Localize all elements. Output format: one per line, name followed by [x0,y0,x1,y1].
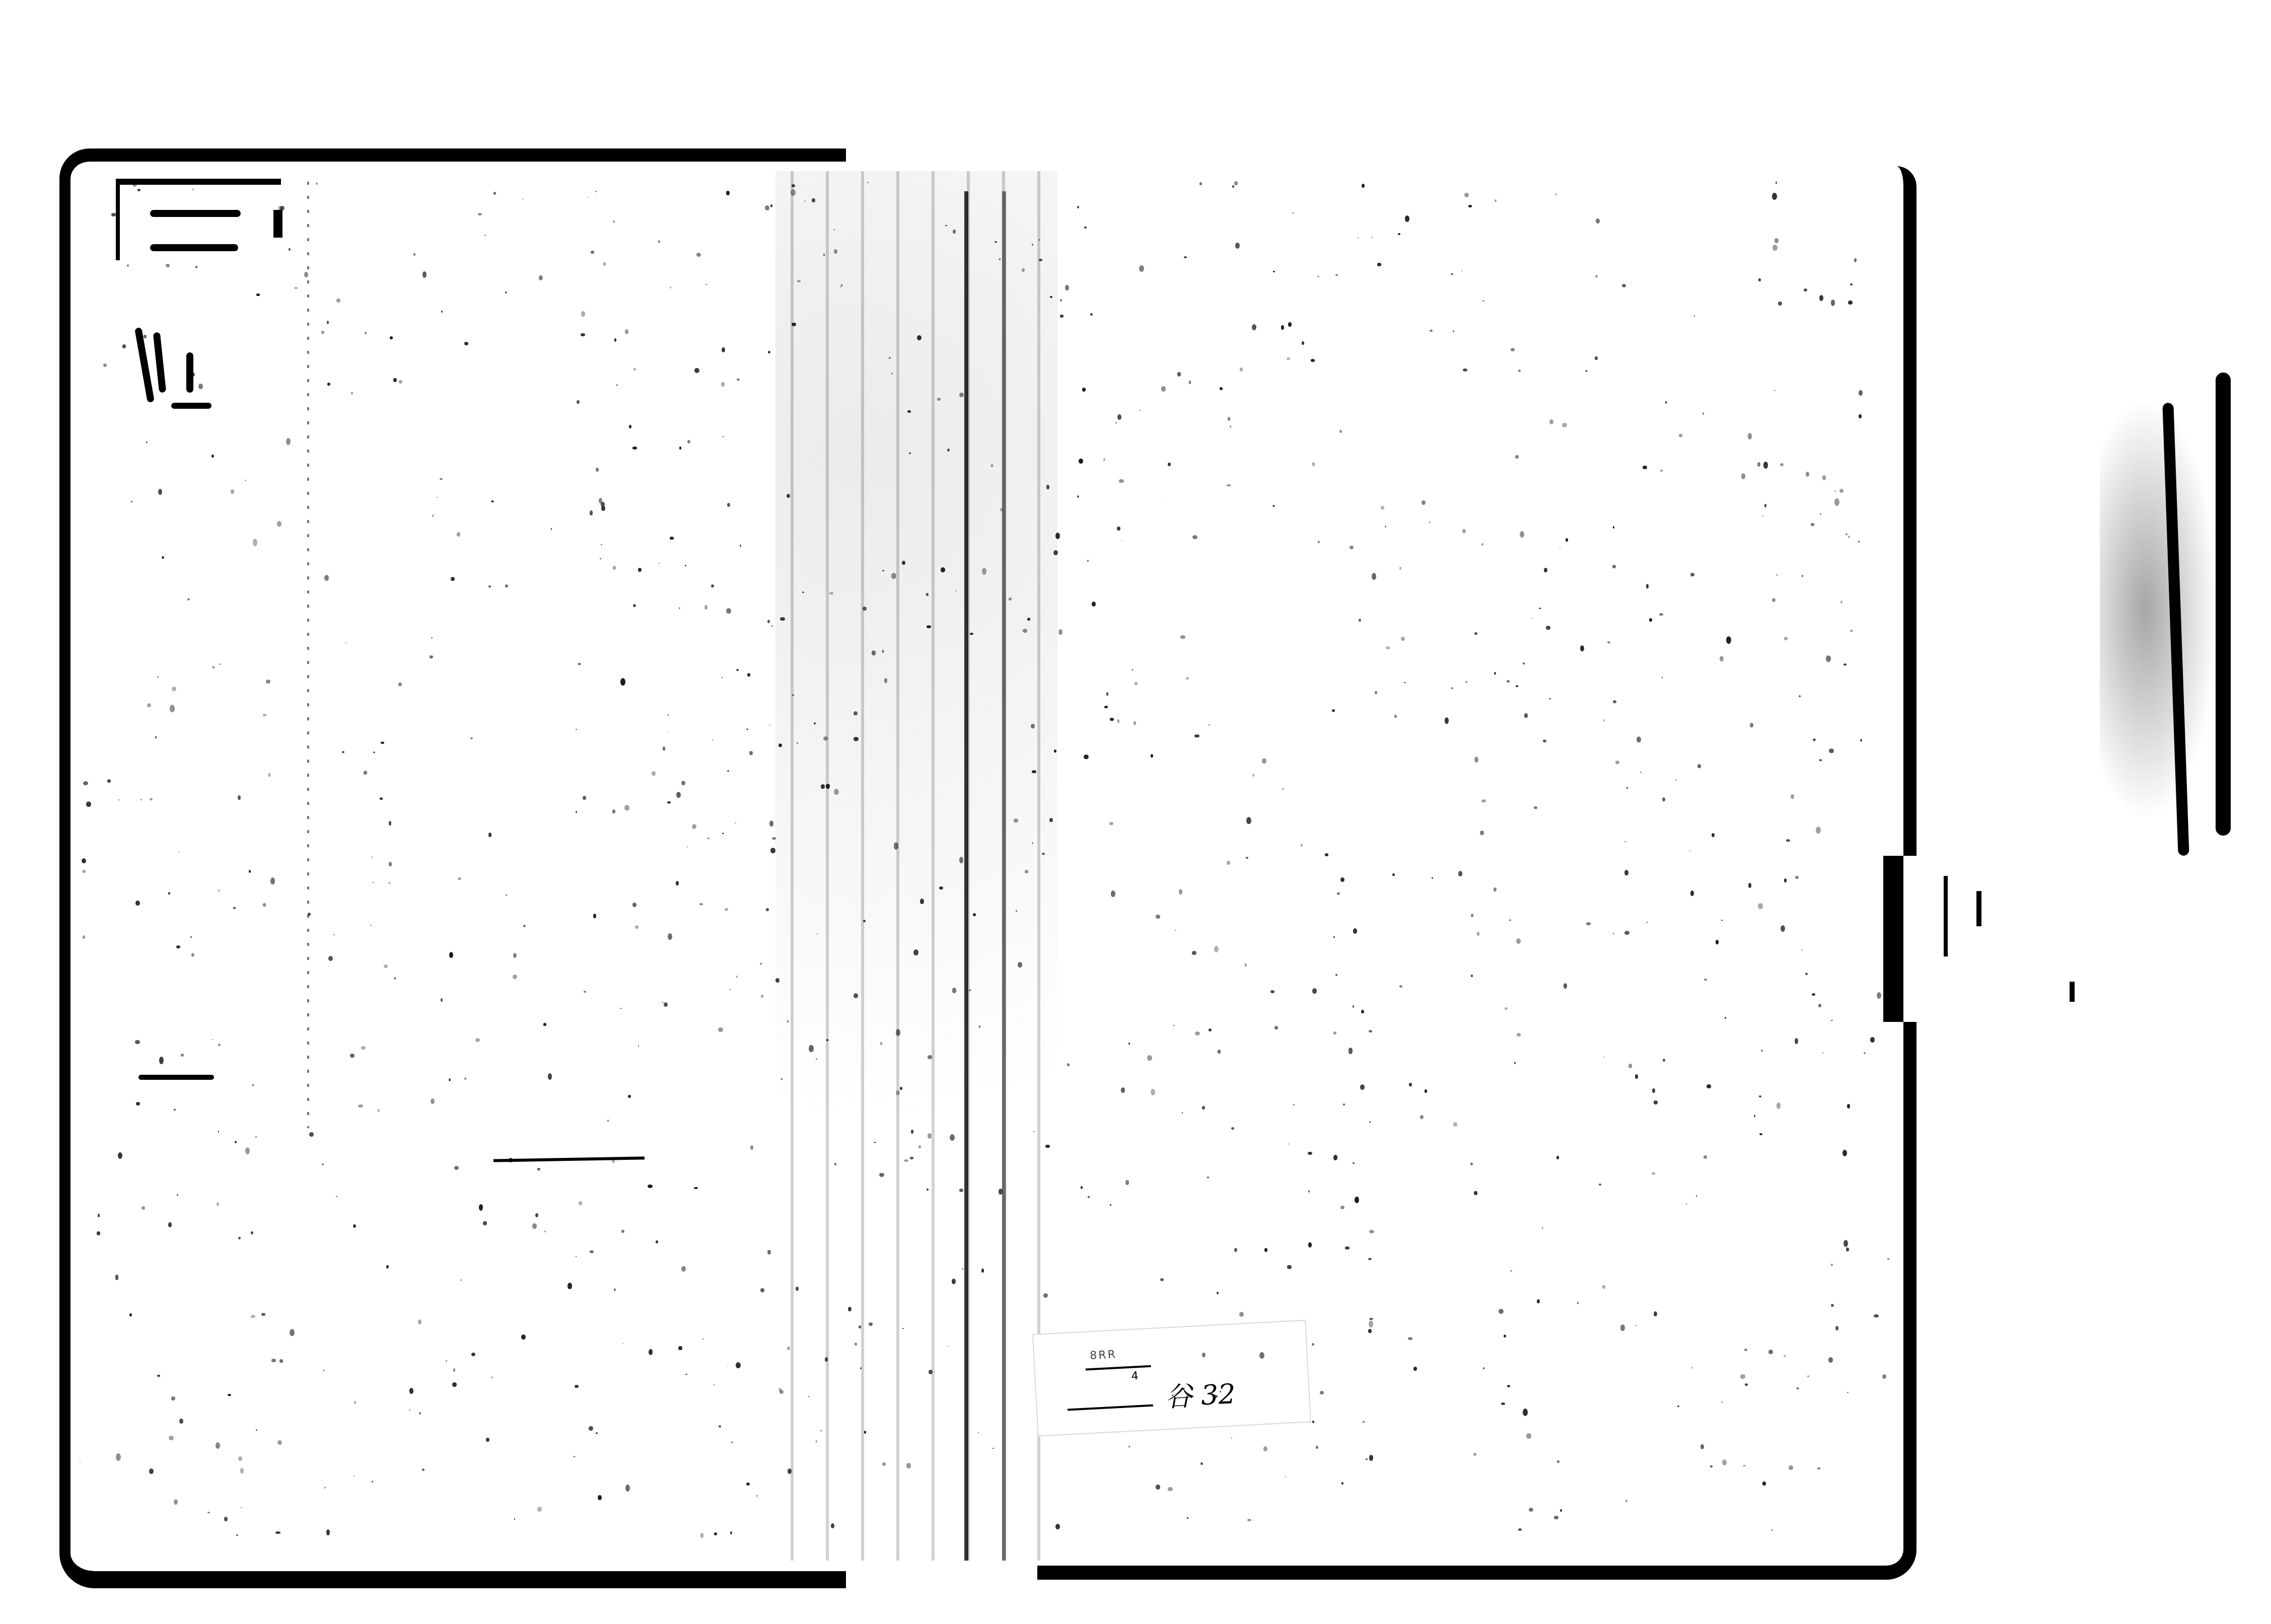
volume-edge-line [2216,373,2231,836]
book-spine [775,171,1057,1561]
spine-fold-line [1002,191,1006,1561]
watermark-knockout [1883,856,2095,1022]
left-cover [59,149,846,1588]
catalogue-label: 8RR 4 谷 32 [1032,1320,1311,1437]
label-code: 8RR [1090,1348,1117,1362]
title-bar-top [150,210,241,217]
spine-fold-line [964,191,968,1561]
left-cover-mark [138,1075,214,1080]
scanned-book-covers: 8RR 4 谷 32 [0,0,2271,1624]
title-tab [273,210,282,238]
volume-edge-line [2162,403,2189,856]
label-rule [1068,1405,1153,1411]
label-rule [1086,1365,1151,1371]
title-bar-bottom [150,244,238,251]
inner-margin-strip [307,182,309,1128]
label-handwritten-mark: 谷 32 [1164,1372,1237,1415]
adjacent-volume-edge [2100,362,2231,856]
corner-title-label [116,179,281,260]
